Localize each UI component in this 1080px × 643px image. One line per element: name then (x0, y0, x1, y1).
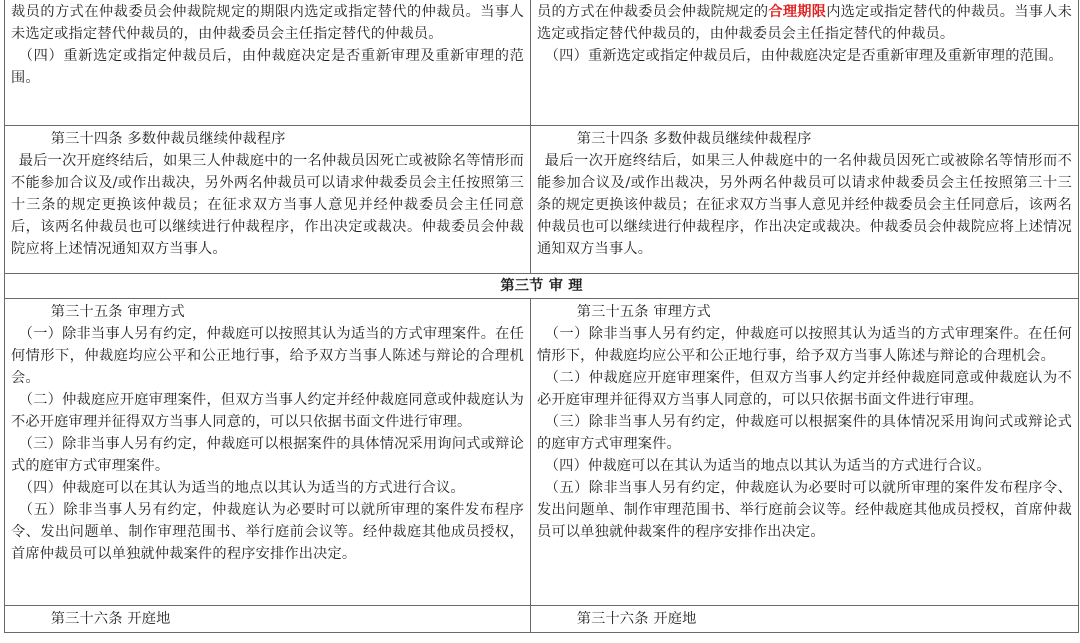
rules-comparison-table: 裁员的方式在仲裁委员会仲裁院规定的期限内选定或指定替代的仲裁员。当事人未选定或指… (4, 0, 1079, 633)
right-cell: 第三十五条 审理方式 （一）除非当事人另有约定，仲裁庭可以按照其认为适当的方式审… (531, 299, 1079, 606)
paragraph: （五）除非当事人另有约定，仲裁庭认为必要时可以就所审理的案件发布程序令、发出问题… (537, 477, 1072, 543)
section-row: 第三节 审 理 (5, 274, 1079, 299)
paragraph: 最后一次开庭终结后，如果三人仲裁庭中的一名仲裁员因死亡或被除名等情形而不能参加合… (11, 150, 524, 260)
paragraph: （五）除非当事人另有约定，仲裁庭认为必要时可以就所审理的案件发布程序令、发出问题… (11, 499, 524, 565)
paragraph: （二）仲裁庭应开庭审理案件，但双方当事人约定并经仲裁庭同意或仲裁庭认为不必开庭审… (11, 389, 524, 433)
table-row: 第三十四条 多数仲裁员继续仲裁程序 最后一次开庭终结后，如果三人仲裁庭中的一名仲… (5, 126, 1079, 274)
paragraph: （四）仲裁庭可以在其认为适当的地点以其认为适当的方式进行合议。 (11, 477, 524, 499)
paragraph: （四）重新选定或指定仲裁员后，由仲裁庭决定是否重新审理及重新审理的范围。 (537, 45, 1072, 67)
left-cell: 第三十四条 多数仲裁员继续仲裁程序 最后一次开庭终结后，如果三人仲裁庭中的一名仲… (5, 126, 531, 274)
right-cell: 员的方式在仲裁委员会仲裁院规定的合理期限内选定或指定替代的仲裁员。当事人未选定或… (531, 0, 1079, 126)
paragraph: （四）仲裁庭可以在其认为适当的地点以其认为适当的方式进行合议。 (537, 455, 1072, 477)
section-heading: 第三节 审 理 (5, 274, 1079, 299)
article-title: 第三十六条 开庭地 (11, 608, 524, 630)
article-title: 第三十四条 多数仲裁员继续仲裁程序 (537, 128, 1072, 150)
right-cell: 第三十六条 开庭地 (531, 606, 1079, 633)
paragraph: （三）除非当事人另有约定，仲裁庭可以根据案件的具体情况采用询问式或辩论式的庭审方… (11, 433, 524, 477)
table-row: 第三十六条 开庭地 第三十六条 开庭地 (5, 606, 1079, 633)
article-title: 第三十五条 审理方式 (537, 301, 1072, 323)
table-row: 第三十五条 审理方式 （一）除非当事人另有约定，仲裁庭可以按照其认为适当的方式审… (5, 299, 1079, 606)
paragraph: 裁员的方式在仲裁委员会仲裁院规定的期限内选定或指定替代的仲裁员。当事人未选定或指… (11, 1, 524, 45)
text-span: 员的方式在仲裁委员会仲裁院规定的 (537, 4, 768, 20)
article-title: 第三十五条 审理方式 (11, 301, 524, 323)
paragraph: （一）除非当事人另有约定，仲裁庭可以按照其认为适当的方式审理案件。在任何情形下，… (11, 323, 524, 389)
paragraph: 最后一次开庭终结后，如果三人仲裁庭中的一名仲裁员因死亡或被除名等情形而不能参加合… (537, 150, 1072, 260)
left-cell: 裁员的方式在仲裁委员会仲裁院规定的期限内选定或指定替代的仲裁员。当事人未选定或指… (5, 0, 531, 126)
table-row: 裁员的方式在仲裁委员会仲裁院规定的期限内选定或指定替代的仲裁员。当事人未选定或指… (5, 0, 1079, 126)
paragraph: （四）重新选定或指定仲裁员后，由仲裁庭决定是否重新审理及重新审理的范围。 (11, 45, 524, 89)
left-cell: 第三十五条 审理方式 （一）除非当事人另有约定，仲裁庭可以按照其认为适当的方式审… (5, 299, 531, 606)
article-title: 第三十四条 多数仲裁员继续仲裁程序 (11, 128, 524, 150)
paragraph: （二）仲裁庭应开庭审理案件，但双方当事人约定并经仲裁庭同意或仲裁庭认为不必开庭审… (537, 367, 1072, 411)
right-cell: 第三十四条 多数仲裁员继续仲裁程序 最后一次开庭终结后，如果三人仲裁庭中的一名仲… (531, 126, 1079, 274)
article-title: 第三十六条 开庭地 (537, 608, 1072, 630)
paragraph: 员的方式在仲裁委员会仲裁院规定的合理期限内选定或指定替代的仲裁员。当事人未选定或… (537, 1, 1072, 45)
paragraph: （三）除非当事人另有约定，仲裁庭可以根据案件的具体情况采用询问式或辩论式的庭审方… (537, 411, 1072, 455)
highlighted-change: 合理期限 (768, 4, 826, 20)
left-cell: 第三十六条 开庭地 (5, 606, 531, 633)
paragraph: （一）除非当事人另有约定，仲裁庭可以按照其认为适当的方式审理案件。在任何情形下，… (537, 323, 1072, 367)
